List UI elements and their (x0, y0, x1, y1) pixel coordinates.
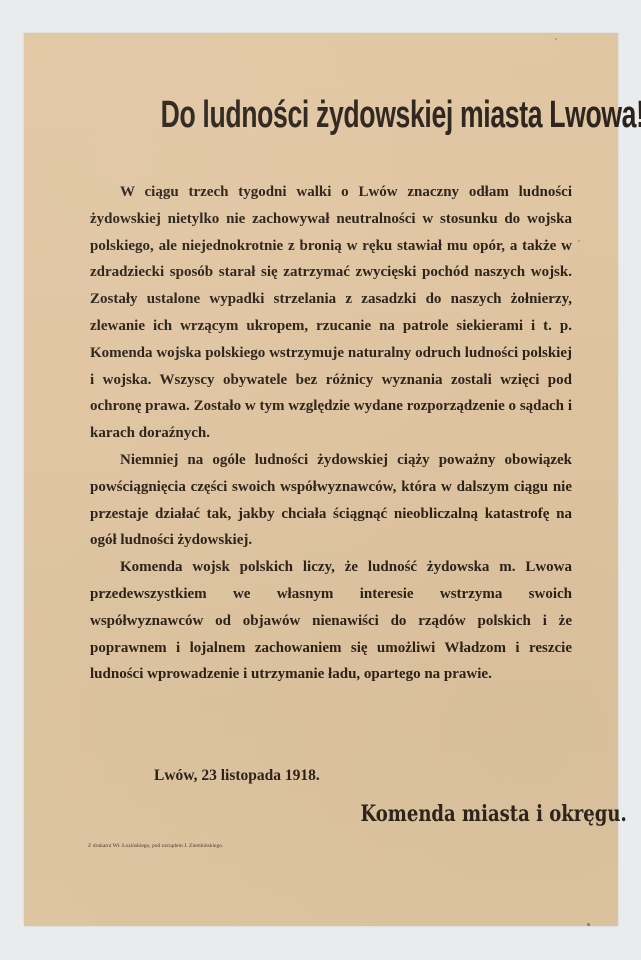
poster-body: W ciągu trzech tygodni walki o Lwów znac… (90, 179, 572, 688)
paper-speck (587, 923, 590, 926)
paragraph-1: W ciągu trzech tygodni walki o Lwów znac… (90, 179, 572, 447)
paper-speck (578, 240, 580, 242)
signature: Komenda miasta i okręgu. (360, 801, 572, 827)
paragraph-3: Komenda wojsk polskich liczy, że ludność… (90, 554, 572, 688)
poster-sheet: Do ludności żydowskiej miasta Lwowa! W c… (24, 33, 618, 926)
date-line: Lwów, 23 listopada 1918. (154, 767, 320, 785)
paragraph-2: Niemniej na ogóle ludności żydowskiej ci… (90, 447, 572, 554)
paper-speck (555, 38, 557, 40)
poster-title: Do ludności żydowskiej miasta Lwowa! (161, 93, 500, 137)
printer-imprint: Z drukarni Wł. Łozińskiego, pod zarządem… (88, 843, 223, 849)
